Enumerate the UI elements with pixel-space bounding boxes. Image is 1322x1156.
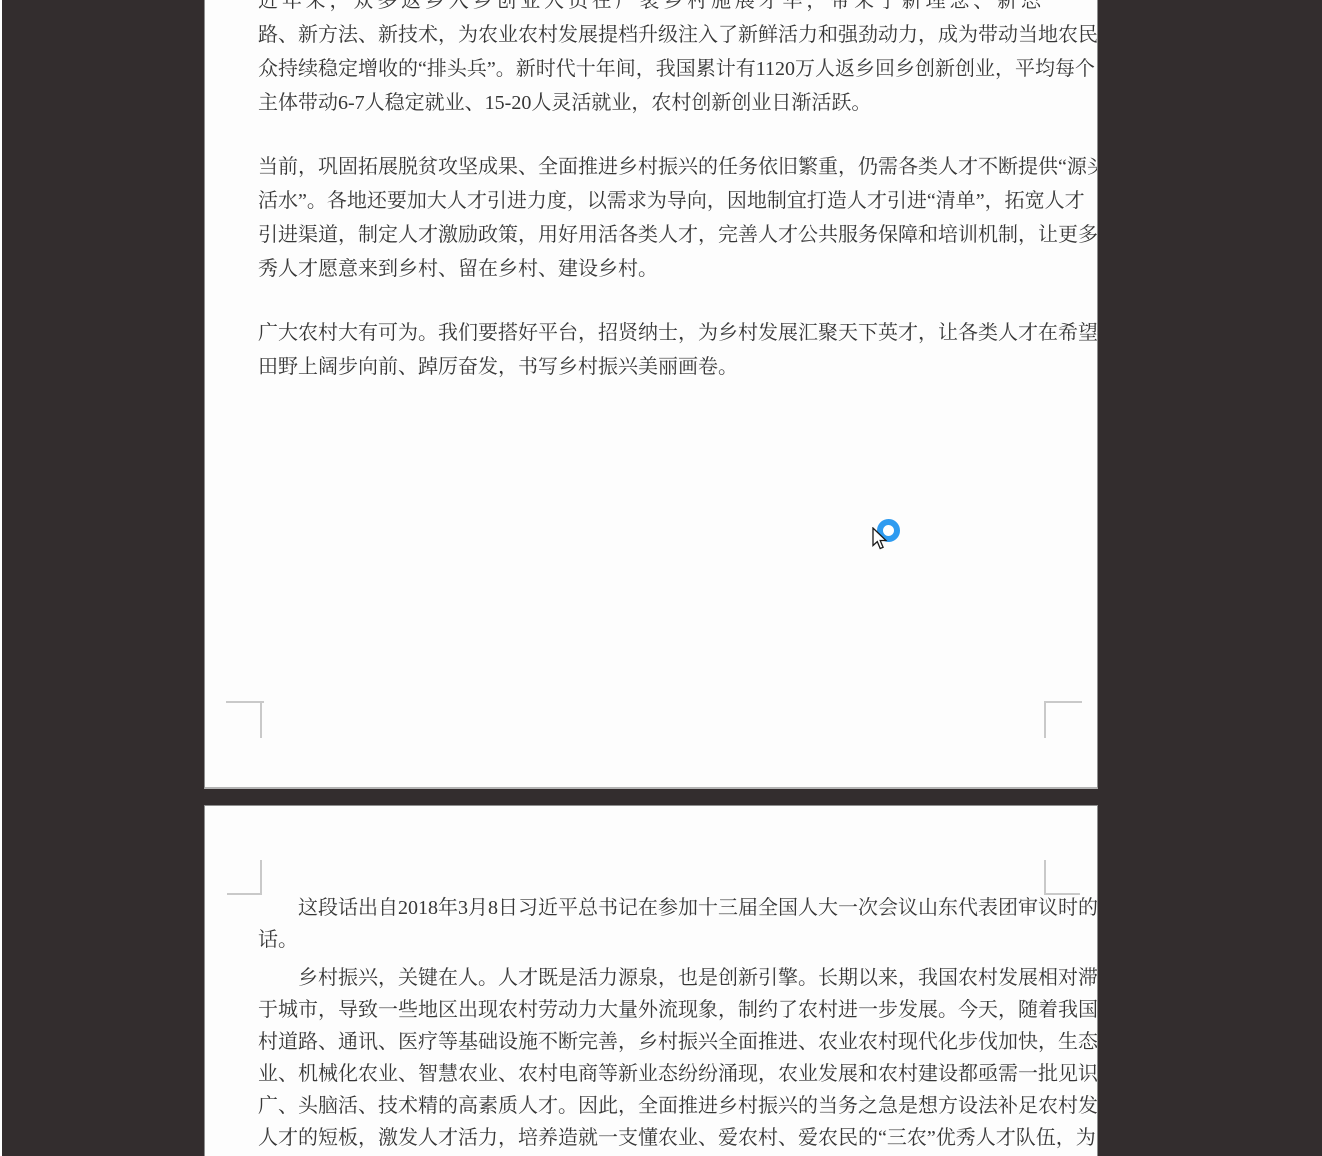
page2-text-column: 这段话出自2018年3月8日习近平总书记在参加十三届全国人大一次会议山东代表团审… <box>258 892 1041 1156</box>
text-line[interactable]: 当前，巩固拓展脱贫攻坚成果、全面推进乡村振兴的任务依旧繁重，仍需各类人才不断提供… <box>258 150 1041 184</box>
paragraph: 广大农村大有可为。我们要搭好平台，招贤纳士，为乡村发展汇聚天下英才，让各类人才在… <box>258 316 1041 384</box>
text-line[interactable]: 路、新方法、新技术，为农业农村发展提档升级注入了新鲜活力和强劲动力，成为带动当地… <box>258 18 1041 52</box>
paragraph: 乡村振兴，关键在人。人才既是活力源泉，也是创新引擎。长期以来，我国农村发展相对滞… <box>258 962 1041 1154</box>
margin-mark-bottom-left-h <box>226 701 264 703</box>
margin-mark-top-left-v <box>260 860 262 895</box>
text-line[interactable]: 于城市，导致一些地区出现农村劳动力大量外流现象，制约了农村进一步发展。今天，随着… <box>258 994 1041 1026</box>
margin-mark-bottom-left-v <box>260 701 262 738</box>
paragraph: 当前，巩固拓展脱贫攻坚成果、全面推进乡村振兴的任务依旧繁重，仍需各类人才不断提供… <box>258 150 1041 286</box>
paragraph: 近年来，众多返乡入乡创业人员在广袤乡村施展才华，带来了新理念、新思 路、新方法、… <box>258 0 1041 120</box>
app-background: { "app": { "background_color": "#332d2e"… <box>0 0 1322 1156</box>
text-line[interactable]: 广大农村大有可为。我们要搭好平台，招贤纳士，为乡村发展汇聚天下英才，让各类人才在… <box>258 316 1041 350</box>
text-line[interactable]: 田野上阔步向前、踔厉奋发，书写乡村振兴美丽画卷。 <box>258 350 1041 384</box>
mouse-cursor-icon <box>871 527 891 551</box>
text-line[interactable]: 业、机械化农业、智慧农业、农村电商等新业态纷纷涌现，农业发展和农村建设都亟需一批… <box>258 1058 1041 1090</box>
document-page-1[interactable]: 近年来，众多返乡入乡创业人员在广袤乡村施展才华，带来了新理念、新思 路、新方法、… <box>204 0 1098 789</box>
document-page-2[interactable]: 这段话出自2018年3月8日习近平总书记在参加十三届全国人大一次会议山东代表团审… <box>204 805 1098 1156</box>
text-line[interactable]: 乡村振兴，关键在人。人才既是活力源泉，也是创新引擎。长期以来，我国农村发展相对滞… <box>258 962 1041 994</box>
paragraph: 这段话出自2018年3月8日习近平总书记在参加十三届全国人大一次会议山东代表团审… <box>258 892 1041 956</box>
text-line[interactable]: 秀人才愿意来到乡村、留在乡村、建设乡村。 <box>258 252 1041 286</box>
margin-mark-top-left-h <box>227 893 262 895</box>
page1-text-column: 近年来，众多返乡入乡创业人员在广袤乡村施展才华，带来了新理念、新思 路、新方法、… <box>258 0 1041 414</box>
text-line[interactable]: 引进渠道，制定人才激励政策，用好用活各类人才，完善人才公共服务保障和培训机制，让… <box>258 218 1041 252</box>
text-line[interactable]: 这段话出自2018年3月8日习近平总书记在参加十三届全国人大一次会议山东代表团审… <box>258 892 1041 924</box>
margin-mark-bottom-right-h <box>1044 701 1082 703</box>
text-line[interactable]: 主体带动6-7人稳定就业、15-20人灵活就业，农村创新创业日渐活跃。 <box>258 86 1041 120</box>
text-line[interactable]: 村道路、通讯、医疗等基础设施不断完善，乡村振兴全面推进、农业农村现代化步伐加快，… <box>258 1026 1041 1058</box>
text-line[interactable]: 近年来，众多返乡入乡创业人员在广袤乡村施展才华，带来了新理念、新思 <box>258 0 1041 18</box>
text-line[interactable]: 众持续稳定增收的“排头兵”。新时代十年间，我国累计有1120万人返乡回乡创新创业… <box>258 52 1041 86</box>
text-line[interactable]: 话。 <box>258 924 1041 956</box>
text-line[interactable]: 广、头脑活、技术精的高素质人才。因此，全面推进乡村振兴的当务之急是想方设法补足农… <box>258 1090 1041 1122</box>
margin-mark-bottom-right-v <box>1044 701 1046 738</box>
text-line[interactable]: 人才的短板，激发人才活力，培养造就一支懂农业、爱农村、爱农民的“三农”优秀人才队… <box>258 1122 1041 1154</box>
text-line[interactable]: 活水”。各地还要加大人才引进力度，以需求为导向，因地制宜打造人才引进“清单”，拓… <box>258 184 1041 218</box>
margin-mark-top-right-v <box>1044 860 1046 895</box>
window-edge-strip <box>0 0 2 1156</box>
